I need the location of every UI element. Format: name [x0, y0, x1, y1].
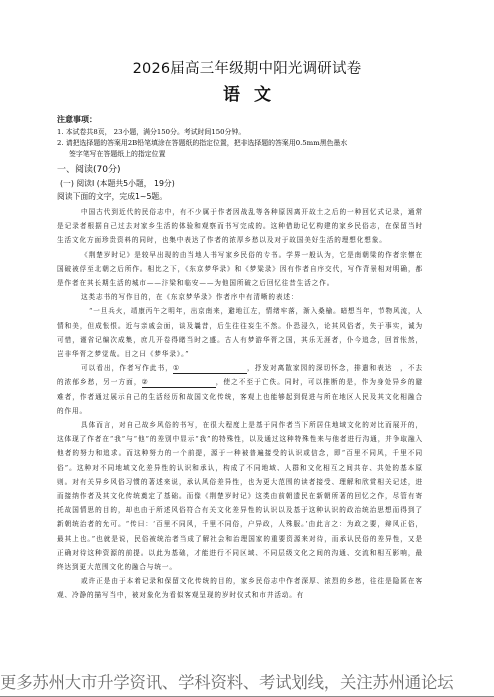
exam-subject: 语文	[0, 80, 494, 105]
fill-blank-2: ②	[142, 377, 216, 388]
passage-paragraph: 这类志书的写作目的，在《东京梦华录》作者序中有清晰的表述：	[57, 290, 423, 304]
notices-list: 1. 本试卷共8页， 23小题，满分150分。考试时间150分钟。 2. 请把选…	[57, 127, 427, 160]
reading-instruction: 阅读下面的文字，完成1~5题。	[57, 191, 427, 202]
notice-item: 1. 本试卷共8页， 23小题，满分150分。考试时间150分钟。	[57, 127, 427, 138]
passage-text: 可以看出，作者写作此书，	[81, 364, 173, 372]
passage-paragraph: 或许正是由于本着记录和保留文化传统的目的，家乡民俗志中作者深厚、浓烈的乡愁，往往…	[57, 574, 423, 602]
passage-quote: “一旦兵火，靖康丙午之明年，出京南来，避地江左，情绪牢落，渐入桑榆。暗想当年，节…	[57, 304, 423, 361]
footer-promo-link[interactable]: 更多苏州大市升学资讯、学科资料、考试划线，关注苏州通论坛	[0, 672, 494, 697]
passage-paragraph-with-blanks: 可以看出，作者写作此书，①，抒发对离散家园的深切怀念，排遣和表达 ，不去的浓郁乡…	[57, 361, 423, 418]
notice-item: 2. 请把选择题的答案用2B铅笔填涂在答题纸的指定位置，把非选择题的答案用0.5…	[57, 138, 427, 149]
fill-blank-1: ①	[173, 363, 247, 374]
notice-item: 签字笔写在答题纸上的指定位置	[57, 149, 427, 160]
notices-heading: 注意事项：	[57, 114, 427, 125]
section-heading: 一、阅读(70分)	[57, 165, 427, 176]
passage-paragraph: 中国古代到近代的民俗志中，有不少属于作者因战乱等各种原因离开故土之后的一种回忆式…	[57, 205, 423, 248]
subsection-heading: (一) 阅读Ⅰ (本题共5小题， 19分)	[57, 178, 430, 189]
exam-title: 2026届高三年级期中阳光调研试卷	[0, 57, 494, 78]
reading-passage: 中国古代到近代的民俗志中，有不少属于作者因战乱等各种原因离开故土之后的一种回忆式…	[57, 205, 423, 603]
passage-paragraph: 《荆楚岁时记》是较早出现的由当地人书写家乡民俗的专书。学界一般认为，它是南朝梁的…	[57, 248, 423, 291]
exam-page: 2026届高三年级期中阳光调研试卷 语文 注意事项： 1. 本试卷共8页， 23…	[0, 0, 494, 697]
passage-paragraph: 具体而言，对自己故乡风俗的书写，在很大程度上是基于同作者当下所居住地域文化的对比…	[57, 418, 423, 574]
